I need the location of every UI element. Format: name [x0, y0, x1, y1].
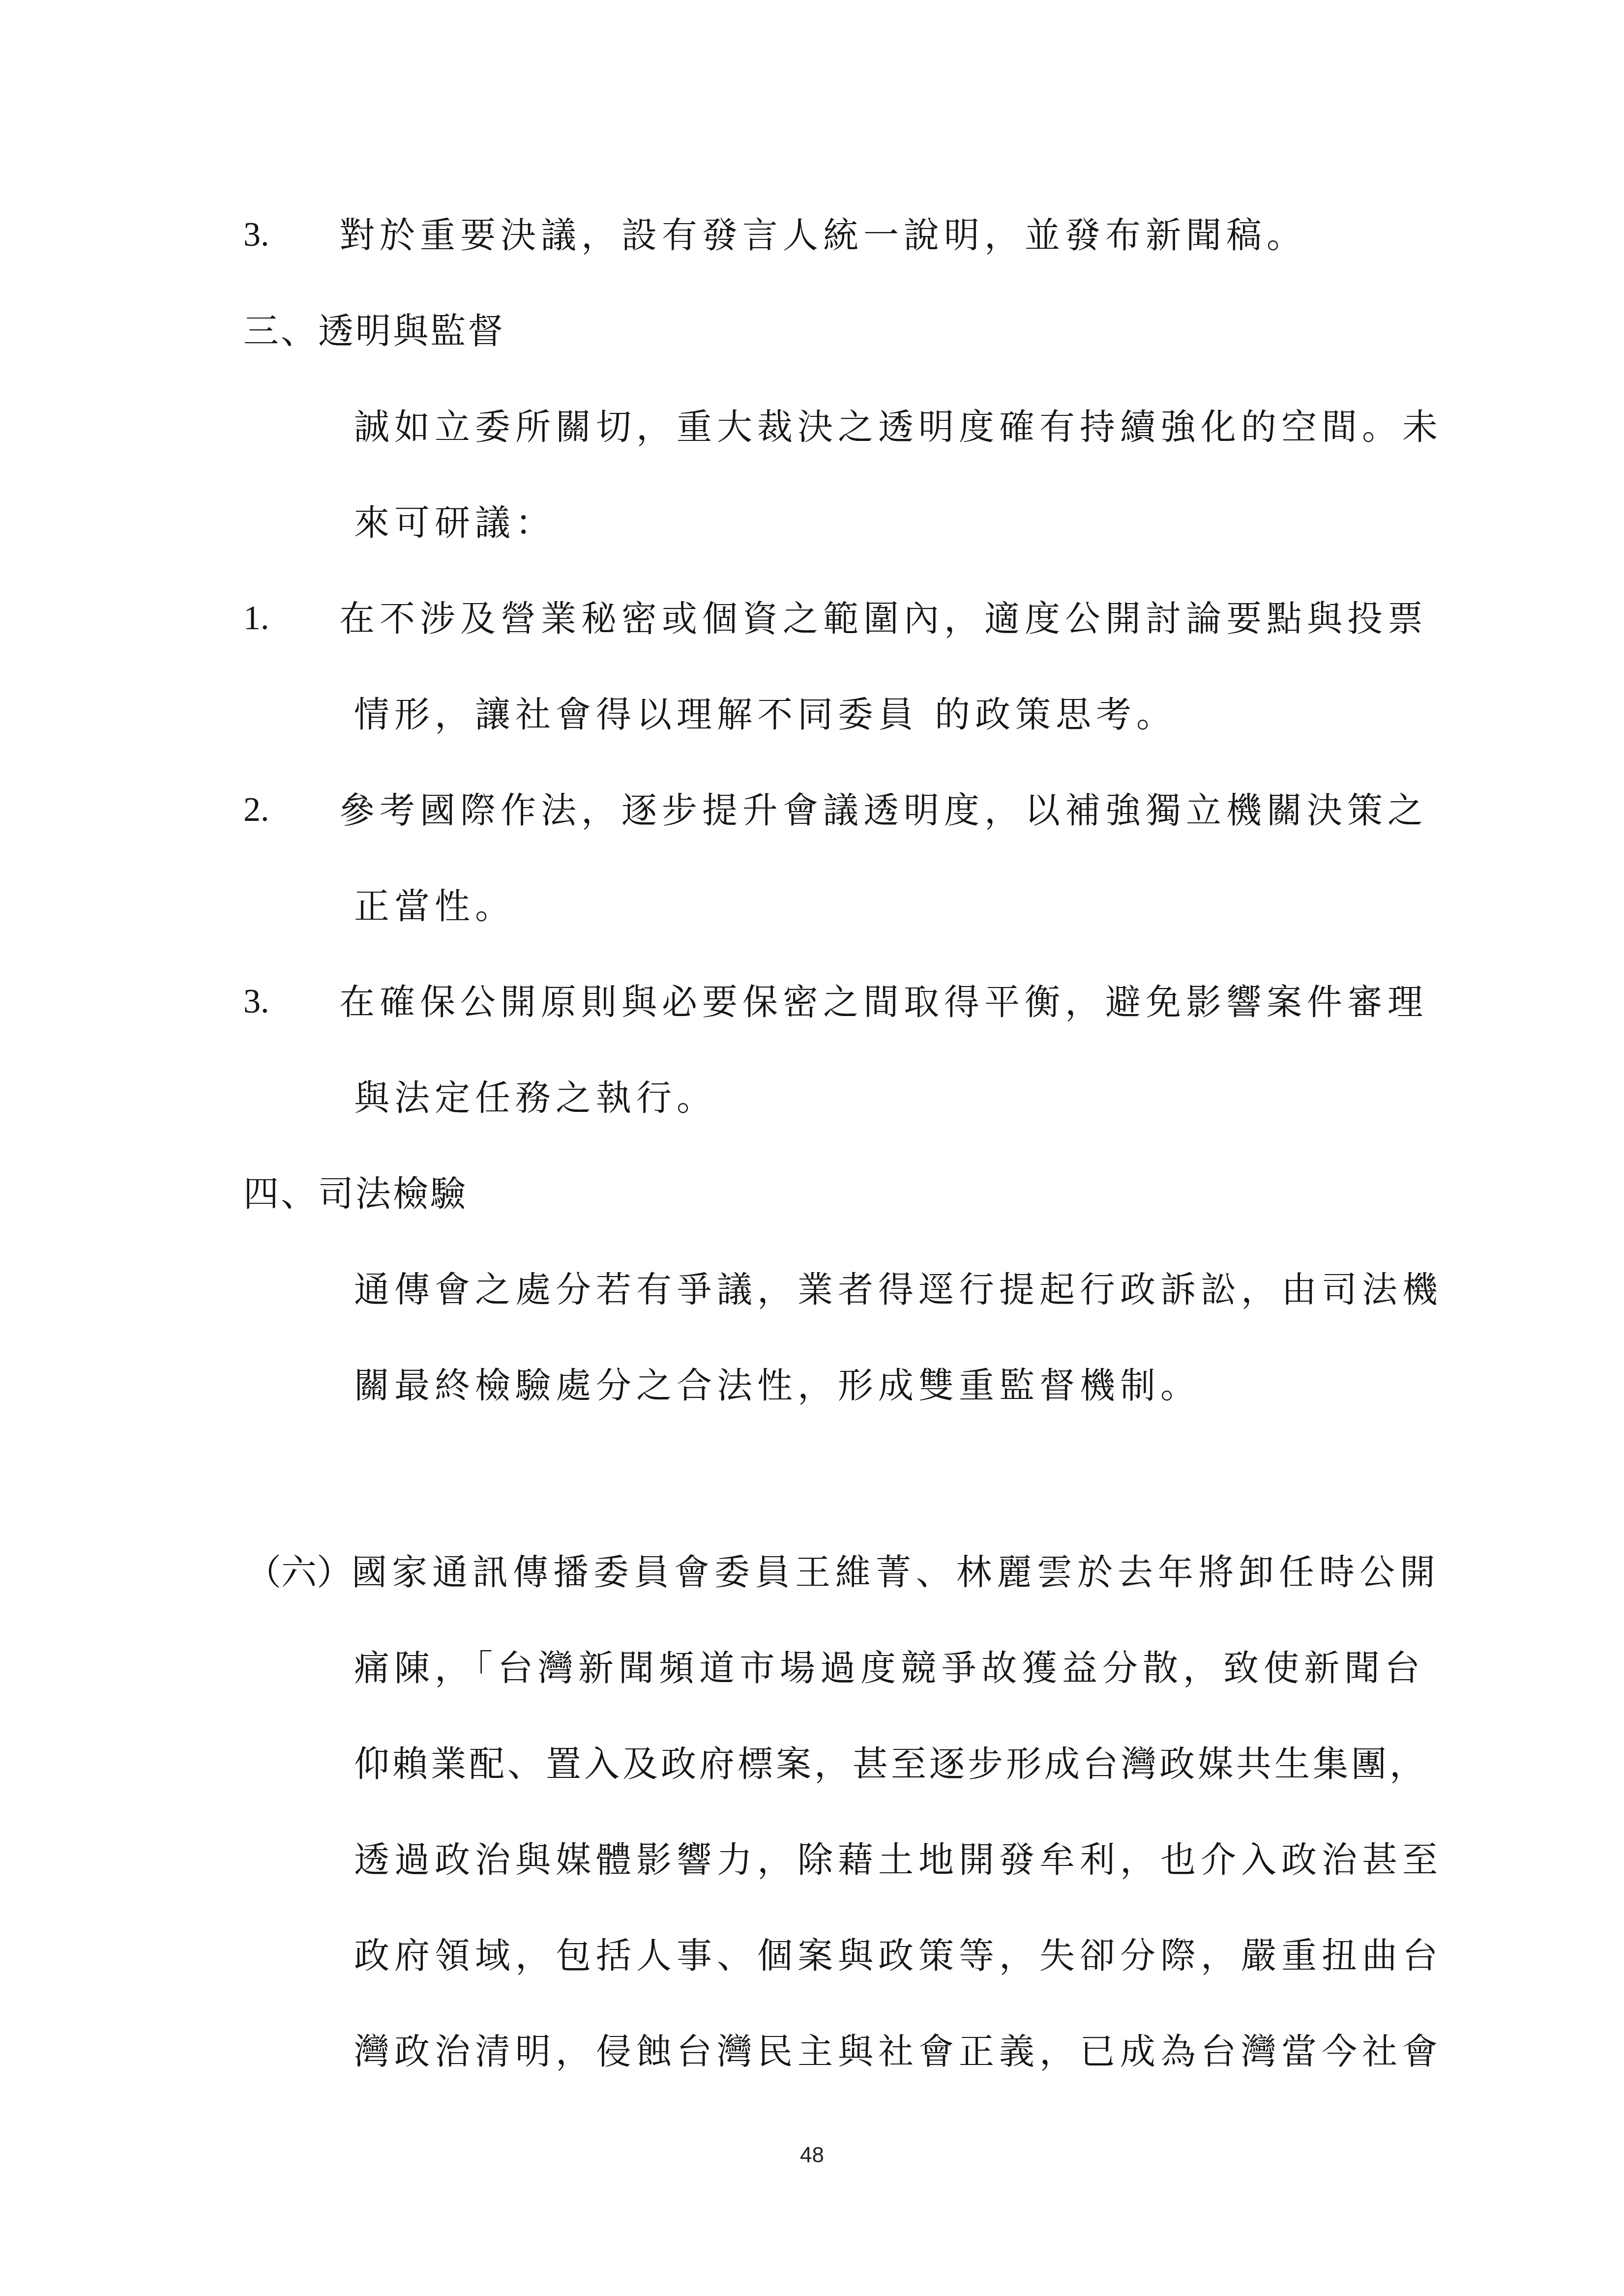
- section-text: 仰賴業配、置入及政府標案，甚至逐步形成台灣政媒共生集團，: [354, 1740, 1428, 1787]
- list-number: 2.: [243, 786, 269, 834]
- list-item-text: 正當性。: [354, 882, 515, 930]
- section-text: 政府領域，包括人事、個案與政策等，失卻分際，嚴重扭曲台: [354, 1932, 1443, 1979]
- list-number: 3.: [243, 211, 269, 259]
- paragraph-line: 來可研議：: [354, 499, 556, 546]
- list-number: 1.: [243, 595, 269, 642]
- list-item-text: 參考國際作法，逐步提升會議透明度，以補強獨立機關決策之: [339, 786, 1428, 834]
- section-heading: 三、透明與監督: [243, 307, 505, 354]
- section-heading: 四、司法檢驗: [243, 1170, 468, 1217]
- paragraph-line: 關最終檢驗處分之合法性，形成雙重監督機制。: [354, 1362, 1201, 1409]
- paragraph-line: 通傳會之處分若有爭議，業者得逕行提起行政訴訟，由司法機: [354, 1266, 1443, 1313]
- list-item-text: 在不涉及營業秘密或個資之範圍內，適度公開討論要點與投票: [339, 595, 1428, 642]
- section-number: （六）: [246, 1548, 352, 1596]
- section-text: 國家通訊傳播委員會委員王維菁、林麗雲於去年將卸任時公開: [352, 1548, 1440, 1596]
- paragraph-line: 誠如立委所關切，重大裁決之透明度確有持續強化的空間。未: [354, 403, 1443, 450]
- list-number: 3.: [243, 978, 269, 1025]
- document-page: 3. 對於重要決議，設有發言人統一說明，並發布新聞稿。 三、透明與監督 誠如立委…: [0, 0, 1624, 2296]
- section-text: 透過政治與媒體影響力，除藉土地開發牟利，也介入政治甚至: [354, 1836, 1443, 1883]
- list-item-text: 情形，讓社會得以理解不同委員 的政策思考。: [354, 691, 1177, 738]
- section-text: 痛陳，「台灣新聞頻道市場過度競爭故獲益分散，致使新聞台: [354, 1644, 1425, 1691]
- list-item-text: 在確保公開原則與必要保密之間取得平衡，避免影響案件審理: [339, 978, 1428, 1025]
- list-item-text: 對於重要決議，設有發言人統一說明，並發布新聞稿。: [339, 211, 1307, 259]
- section-text: 灣政治清明，侵蝕台灣民主與社會正義，已成為台灣當今社會: [354, 2028, 1443, 2075]
- list-item-text: 與法定任務之執行。: [354, 1074, 717, 1121]
- page-number: 48: [0, 2141, 1624, 2170]
